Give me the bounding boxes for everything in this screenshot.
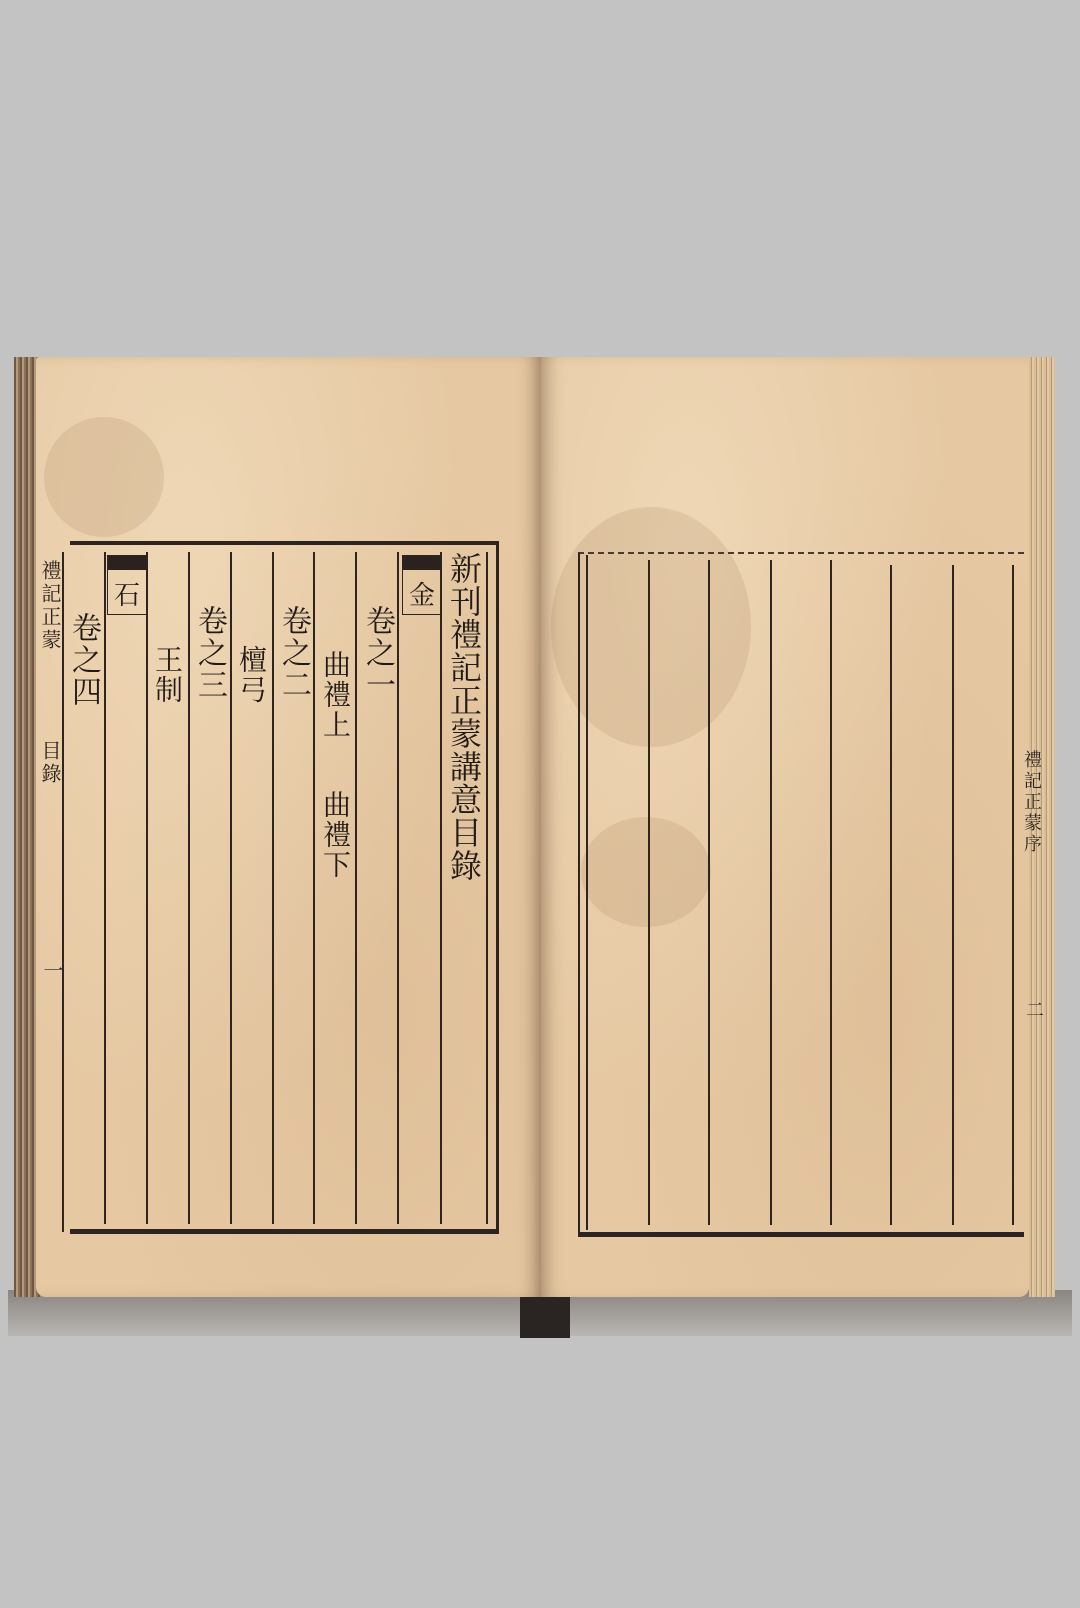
- column-rule: [104, 552, 106, 1224]
- column-rule: [397, 552, 399, 1224]
- right-page-frame: [578, 552, 1024, 1237]
- column-rule: [708, 560, 710, 1225]
- block-page-number: 二: [1020, 1000, 1046, 1021]
- column-rule: [830, 560, 832, 1225]
- column-rule: [62, 552, 64, 1232]
- column-rule: [440, 552, 442, 1224]
- toc-volume: 卷之二: [276, 605, 310, 701]
- block-page-number: 一: [38, 960, 67, 983]
- toc-chapter: 檀弓: [234, 645, 268, 705]
- block-center-label: 禮記正蒙序: [1018, 750, 1044, 855]
- column-rule: [1012, 565, 1014, 1225]
- toc-chapter: 曲禮下: [318, 790, 352, 880]
- toc-chapter: 王制: [150, 645, 184, 705]
- column-rule: [890, 565, 892, 1225]
- column-rule: [355, 552, 357, 1224]
- column-rule: [648, 560, 650, 1225]
- toc-volume: 卷之三: [192, 605, 226, 701]
- toc-chapter: 曲禮上: [318, 650, 352, 740]
- column-rule: [952, 565, 954, 1225]
- column-rule: [486, 552, 488, 1224]
- column-rule: [313, 552, 315, 1224]
- column-rule: [146, 552, 148, 1224]
- fish-tail-label: 金: [403, 575, 441, 612]
- toc-title: 新刊禮記正蒙講意目錄: [446, 552, 482, 882]
- book-spine: [520, 1296, 570, 1338]
- block-center-label: 目錄: [36, 740, 65, 786]
- column-rule: [770, 560, 772, 1225]
- column-rule: [230, 552, 232, 1224]
- fish-tail-mark-top: 金: [402, 555, 442, 615]
- toc-volume: 卷之四: [66, 612, 100, 708]
- water-stain: [44, 417, 164, 537]
- block-center-label: 禮記正蒙: [36, 560, 65, 652]
- fish-tail-mark-bottom: 石: [107, 555, 147, 615]
- column-rule: [586, 555, 588, 1230]
- fish-tail-label: 石: [108, 575, 146, 612]
- column-rule: [272, 552, 274, 1224]
- toc-volume: 卷之一: [360, 605, 394, 701]
- column-rule: [188, 552, 190, 1224]
